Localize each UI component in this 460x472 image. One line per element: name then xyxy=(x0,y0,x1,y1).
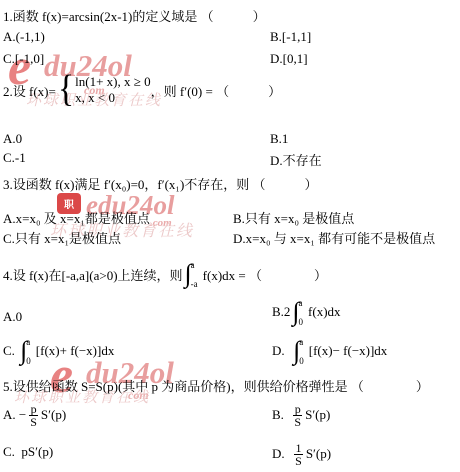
question-3-option-b: B.只有 x=x₀ 是极值点 xyxy=(233,208,354,227)
question-2-suffix: ，则 f′(0) = （ ） xyxy=(151,81,281,100)
fraction: 1 S xyxy=(294,442,303,467)
question-5-option-d: D. 1 S S′(p) xyxy=(272,438,331,470)
integral-sign: ∫ a 0 xyxy=(20,336,34,366)
fraction-numerator: p xyxy=(30,403,38,415)
question-1-option-c: C.[-1,0] xyxy=(3,51,44,67)
fraction: p S xyxy=(29,403,38,428)
integral-lower-limit: 0 xyxy=(26,357,31,366)
left-brace: { xyxy=(58,71,74,109)
option-label: D. xyxy=(272,343,291,359)
question-4-option-c: C. ∫ a 0 [f(x)+ f(−x)]dx xyxy=(3,336,114,366)
option-label: A. − xyxy=(3,407,26,423)
question-1-option-a: A.(-1,1) xyxy=(3,29,45,45)
option-label: B. xyxy=(272,407,290,423)
question-4-stem: 4.设 f(x)在[-a,a](a>0)上连续，则 ∫ a -a f(x)dx … xyxy=(3,256,327,292)
integrand-text: [f(x)+ f(−x)]dx xyxy=(36,343,115,359)
question-4-suffix: f(x)dx = （ ） xyxy=(203,265,327,284)
option-label: D. xyxy=(272,446,291,462)
question-5-option-a: A. − p S S′(p) xyxy=(3,399,66,431)
derivative-text: S′(p) xyxy=(306,446,331,462)
question-4-option-a: A.0 xyxy=(3,303,22,331)
integral-upper-limit: a xyxy=(299,299,304,308)
integral-lower-limit: 0 xyxy=(299,357,304,366)
option-label: B.2 xyxy=(272,304,290,320)
option-label: C. xyxy=(3,343,18,359)
question-2-option-a: A.0 xyxy=(3,131,22,147)
derivative-text: S′(p) xyxy=(305,407,330,423)
integral-lower-limit: -a xyxy=(191,280,198,289)
fraction-denominator: S xyxy=(294,454,303,467)
derivative-text: S′(p) xyxy=(41,407,66,423)
question-3-option-a: A.x=x₀ 及 x=x₁都是极值点 xyxy=(3,208,150,227)
fraction-denominator: S xyxy=(29,415,38,428)
fraction-denominator: S xyxy=(293,415,302,428)
question-1-option-d: D.[0,1] xyxy=(270,51,308,67)
integral-sign: ∫ a -a xyxy=(185,259,201,289)
question-2-prefix: 2.设 f(x)= xyxy=(3,81,56,100)
exam-page: e du24ol com 环球职业教育在线 职 edu24ol .com 环球职… xyxy=(0,0,460,472)
integrand-text: [f(x)− f(−x)]dx xyxy=(309,343,388,359)
question-1-stem: 1.函数 f(x)=arcsin(2x-1)的定义域是 （ ） xyxy=(3,6,266,25)
integral-upper-limit: a xyxy=(191,261,198,270)
integrand-text: f(x)dx xyxy=(308,304,341,320)
question-3-stem: 3.设函数 f(x)满足 f′(x₀)=0，f′(x₁)不存在，则 （ ） xyxy=(3,174,318,193)
question-2-option-c: C.-1 xyxy=(3,150,26,166)
question-1-option-b: B.[-1,1] xyxy=(270,29,311,45)
question-4-prefix: 4.设 f(x)在[-a,a](a>0)上连续，则 xyxy=(3,265,183,284)
piecewise-case-1: ln(1+ x), x ≥ 0 xyxy=(75,74,151,90)
question-2-option-d: D.不存在 xyxy=(270,150,322,169)
question-4-option-d: D. ∫ a 0 [f(x)− f(−x)]dx xyxy=(272,336,387,366)
integral-sign: ∫ a 0 xyxy=(293,336,307,366)
question-3-option-c: C.只有 x=x₁是极值点 xyxy=(3,228,121,247)
question-2-option-b: B.1 xyxy=(270,131,288,147)
question-2-stem: 2.设 f(x)= { ln(1+ x), x ≥ 0 x, x < 0 ，则 … xyxy=(3,70,281,110)
fraction: p S xyxy=(293,403,302,428)
piecewise-cases: ln(1+ x), x ≥ 0 x, x < 0 xyxy=(75,74,151,106)
question-5-option-b: B. p S S′(p) xyxy=(272,399,330,431)
integral-upper-limit: a xyxy=(26,338,31,347)
piecewise-case-2: x, x < 0 xyxy=(75,90,151,106)
question-4-option-b: B.2 ∫ a 0 f(x)dx xyxy=(272,297,341,327)
integral-upper-limit: a xyxy=(299,338,304,347)
question-3-option-d: D.x=x₀ 与 x=x₁ 都有可能不是极值点 xyxy=(233,228,435,247)
question-5-option-c: C. pS′(p) xyxy=(3,444,53,460)
question-5-stem: 5.设供给函数 S=S(p)(其中 p 为商品价格)，则供给价格弹性是 （ ） xyxy=(3,376,429,395)
fraction-numerator: p xyxy=(294,403,302,415)
fraction-numerator: 1 xyxy=(294,442,302,454)
integral-lower-limit: 0 xyxy=(299,318,304,327)
integral-sign: ∫ a 0 xyxy=(292,297,306,327)
